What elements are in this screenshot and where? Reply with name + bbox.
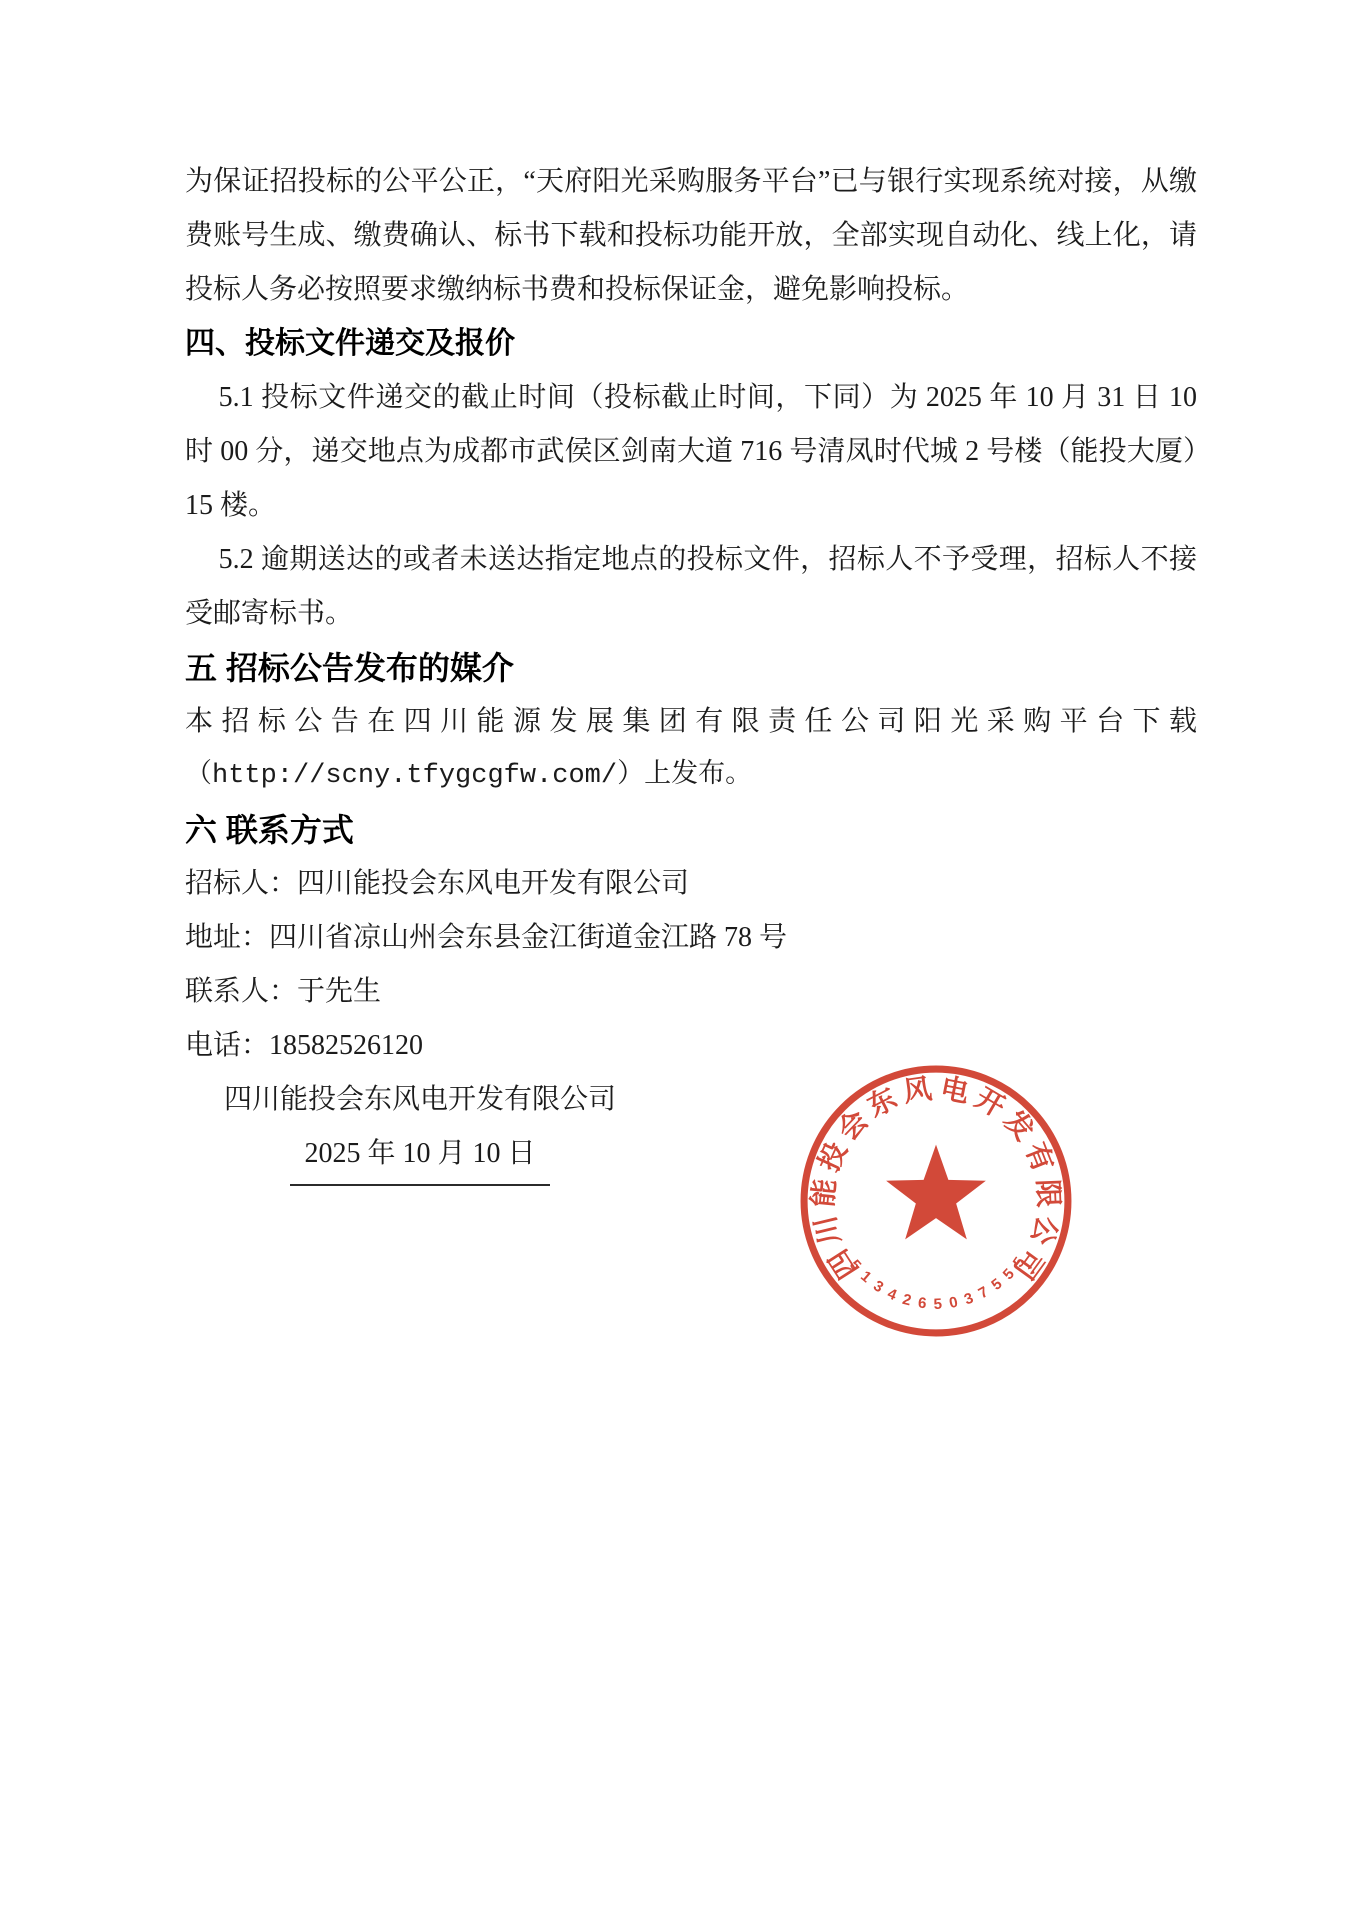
media-line-1: 本招标公告在四川能源发展集团有限责任公司阳光采购平台下载 — [185, 695, 1197, 749]
section5-heading: 五 招标公告发布的媒介 — [185, 641, 1197, 695]
media-line-2: （http://scny.tfygcgfw.com/）上发布。 — [185, 749, 1197, 803]
intro-paragraph: 为保证招投标的公平公正，“天府阳光采购服务平台”已与银行实现系统对接，从缴费账号… — [185, 155, 1197, 317]
signature-date-row: 2025 年 10 月 10 日 — [185, 1127, 655, 1186]
clause-5-2: 5.2 逾期送达的或者未送达指定地点的投标文件，招标人不予受理，招标人不接受邮寄… — [185, 533, 1197, 641]
contact-address: 地址：四川省凉山州会东县金江街道金江路 78 号 — [185, 911, 1197, 965]
contact-tenderee: 招标人：四川能投会东风电开发有限公司 — [185, 857, 1197, 911]
document-body: 为保证招投标的公平公正，“天府阳光采购服务平台”已与银行实现系统对接，从缴费账号… — [185, 155, 1197, 1186]
clause-5-1: 5.1 投标文件递交的截止时间（投标截止时间，下同）为 2025 年 10 月 … — [185, 371, 1197, 533]
contact-person: 联系人：于先生 — [185, 965, 1197, 1019]
signature-company: 四川能投会东风电开发有限公司 — [185, 1073, 655, 1127]
section4-heading: 四、投标文件递交及报价 — [185, 317, 1197, 371]
seal-code-wrap: 5134265037555 — [846, 1247, 1033, 1313]
seal-code: 5134265037555 — [846, 1247, 1033, 1313]
official-seal: 四川能投会东风电开发有限公司 5134265037555 — [795, 1060, 1077, 1342]
document-page: 为保证招投标的公平公正，“天府阳光采购服务平台”已与银行实现系统对接，从缴费账号… — [0, 0, 1357, 1920]
signature-block: 四川能投会东风电开发有限公司 2025 年 10 月 10 日 — [185, 1073, 655, 1186]
star-icon — [886, 1145, 986, 1240]
section6-heading: 六 联系方式 — [185, 803, 1197, 857]
signature-date: 2025 年 10 月 10 日 — [290, 1127, 549, 1186]
official-seal-svg: 四川能投会东风电开发有限公司 5134265037555 — [795, 1060, 1077, 1342]
